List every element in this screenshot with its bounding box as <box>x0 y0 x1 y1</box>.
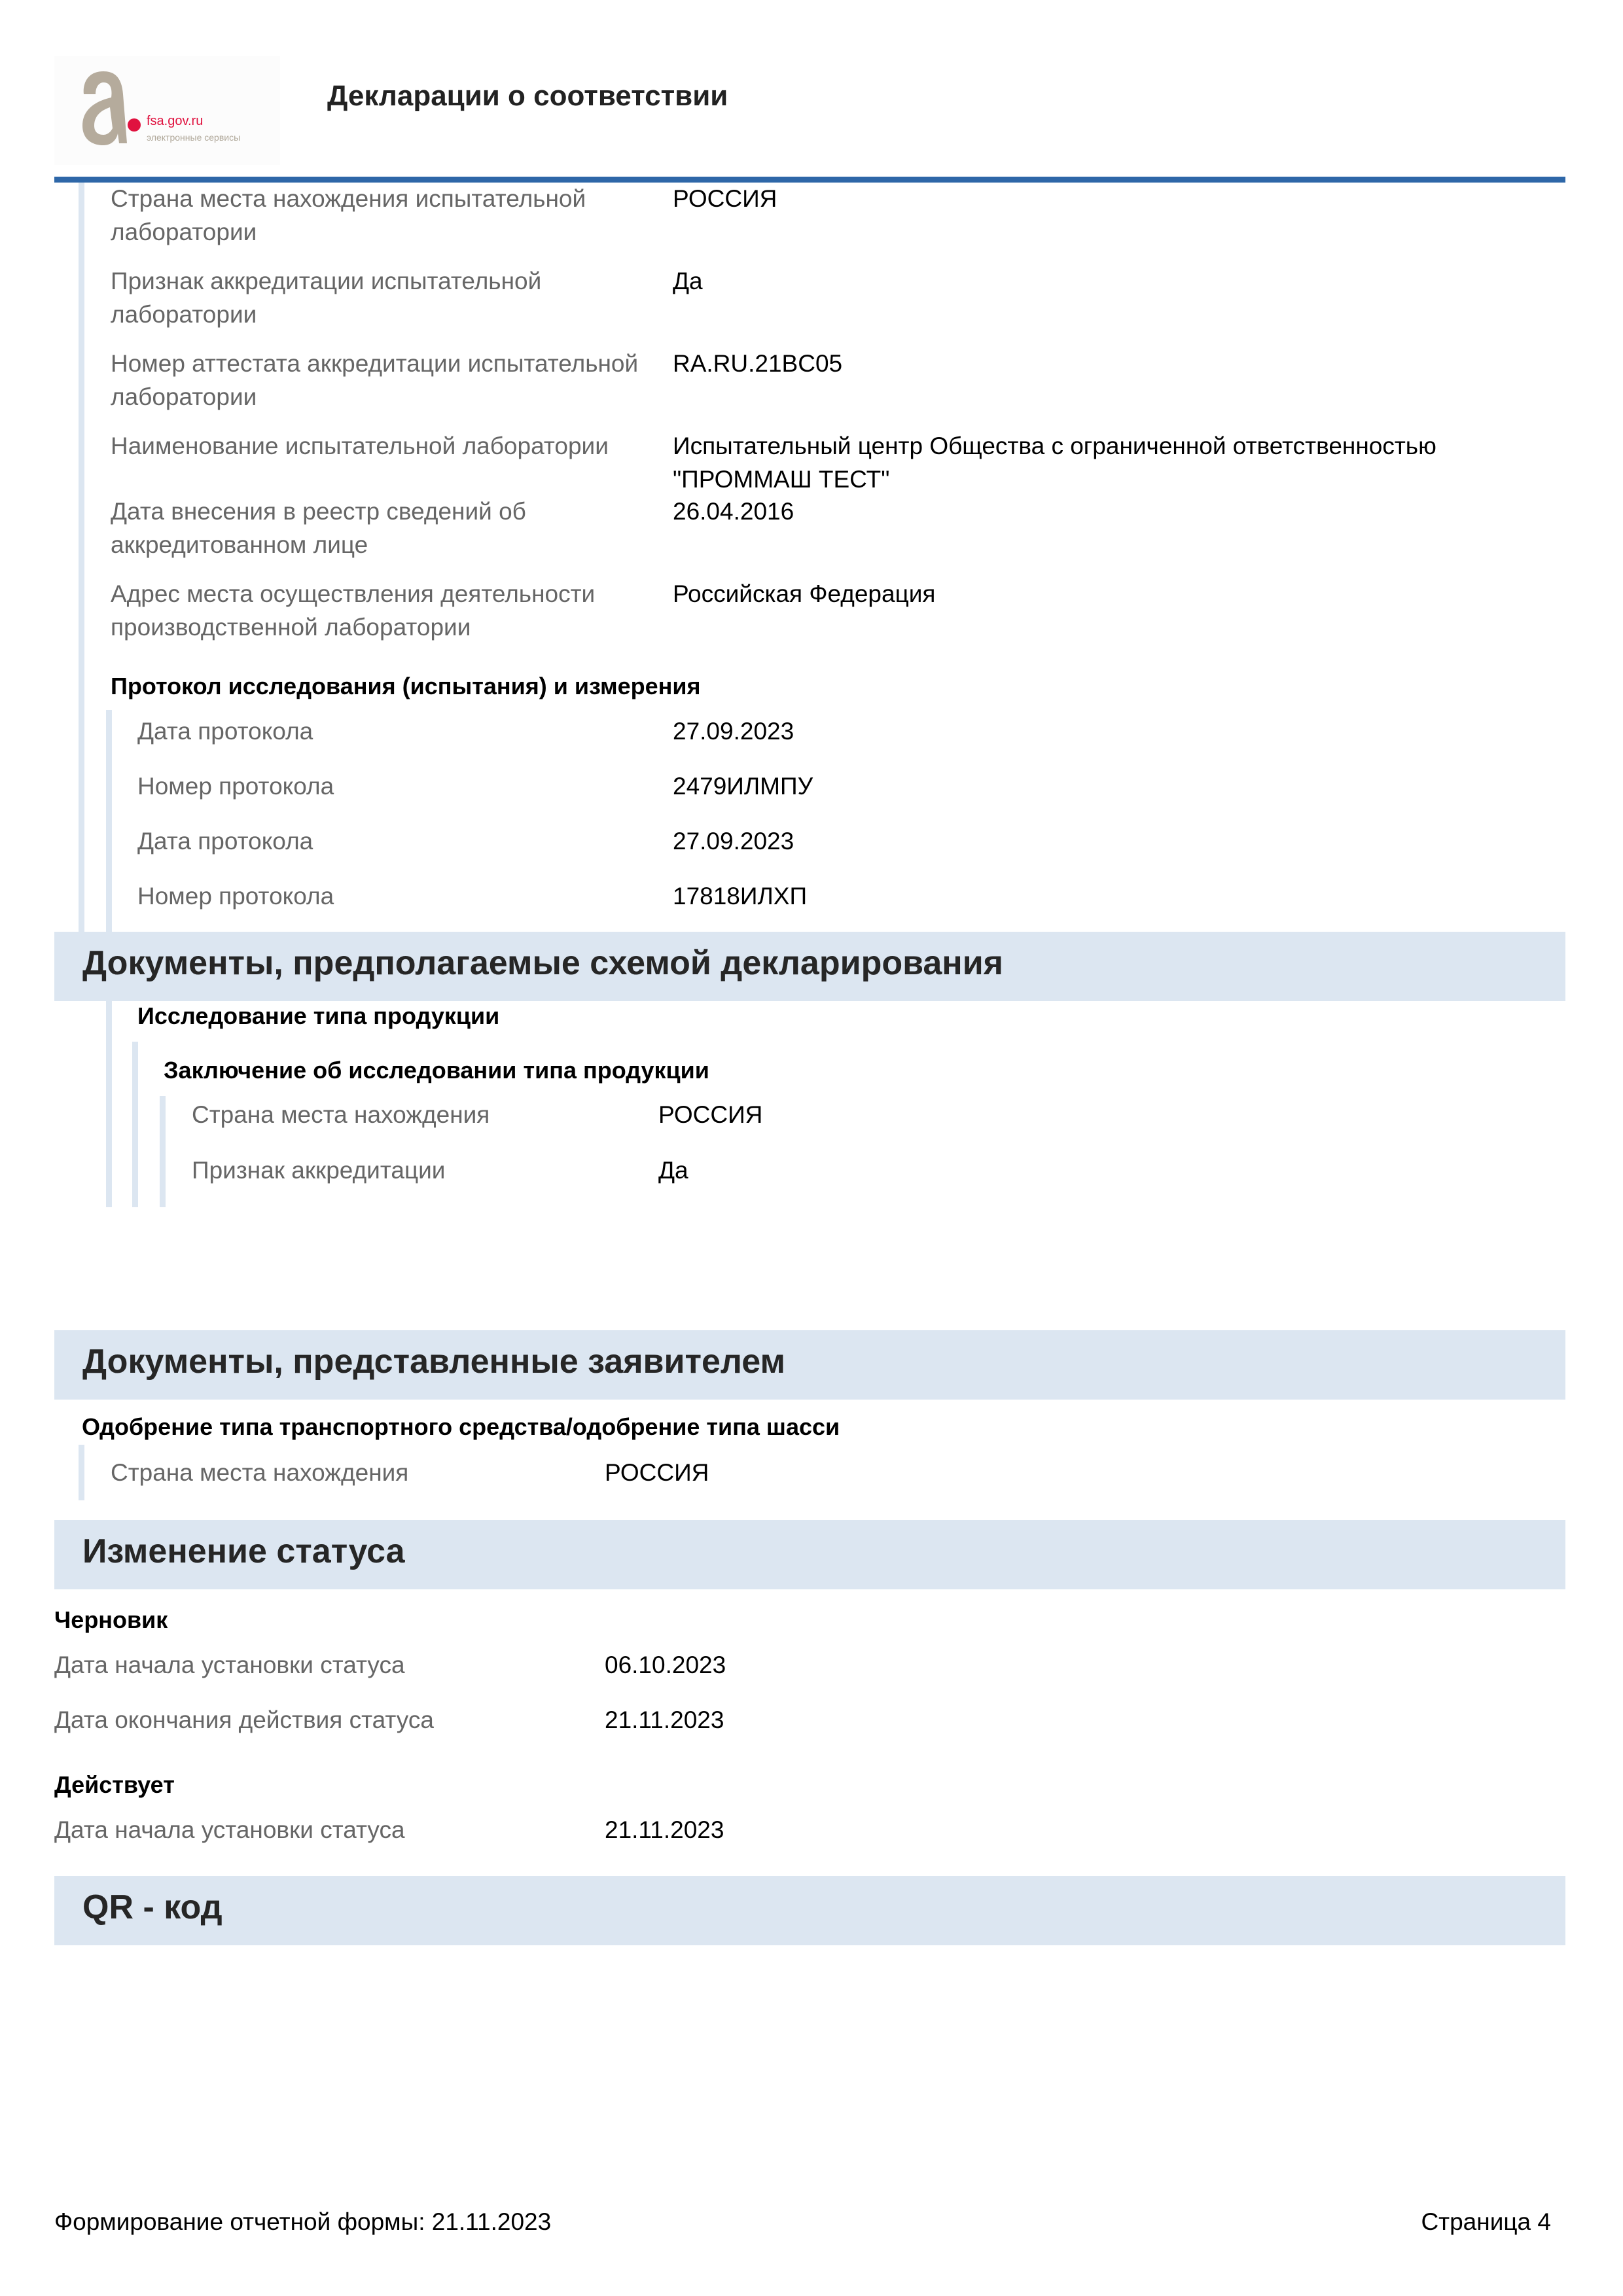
section-header-applicant-docs: Документы, представленные заявителем <box>54 1330 1565 1400</box>
field-value: РОССИЯ <box>658 1098 762 1131</box>
field-value: 26.04.2016 <box>673 495 794 528</box>
field-value: Да <box>673 264 703 298</box>
field-value: Российская Федерация <box>673 577 935 610</box>
field-label: Страна места нахождения <box>111 1456 408 1489</box>
section-title: Документы, представленные заявителем <box>82 1342 785 1381</box>
section-header-scheme-docs: Документы, предполагаемые схемой деклари… <box>54 932 1565 1001</box>
field-label: Номер аттестата аккредитации испытательн… <box>111 347 673 414</box>
field-label: Дата протокола <box>137 715 313 748</box>
field-value: RA.RU.21BC05 <box>673 347 842 380</box>
subgroup-border <box>132 1042 138 1207</box>
field-label: Дата начала установки статуса <box>54 1813 405 1846</box>
logo-site-text: fsa.gov.ru <box>147 114 203 129</box>
field-label: Дата начала установки статуса <box>54 1648 405 1682</box>
field-label: Страна места нахождения <box>192 1098 490 1131</box>
report-generated-date: Формирование отчетной формы: 21.11.2023 <box>54 2208 551 2236</box>
field-value: 27.09.2023 <box>673 824 794 858</box>
fsa-a-logo-icon <box>77 68 130 147</box>
field-value: 21.11.2023 <box>605 1703 724 1737</box>
field-label: Номер протокола <box>137 879 334 913</box>
page-number: Страница 4 <box>1421 2208 1551 2236</box>
field-value: 21.11.2023 <box>605 1813 724 1846</box>
field-value: 17818ИЛХП <box>673 879 807 913</box>
section-header-status-change: Изменение статуса <box>54 1520 1565 1589</box>
fsa-logo: fsa.gov.ru электронные сервисы <box>54 56 280 165</box>
field-label: Адрес места осуществления деятельности п… <box>111 577 634 644</box>
group-heading: Одобрение типа транспортного средства/од… <box>82 1413 840 1441</box>
subgroup-heading: Заключение об исследовании типа продукци… <box>164 1057 709 1084</box>
section-border <box>79 183 84 932</box>
field-value: РОССИЯ <box>605 1456 709 1489</box>
field-label: Дата внесения в реестр сведений об аккре… <box>111 495 621 561</box>
field-value: 06.10.2023 <box>605 1648 726 1682</box>
field-value: РОССИЯ <box>673 182 777 215</box>
field-label: Страна места нахождения испытательной ла… <box>111 182 660 249</box>
group-border <box>79 1445 84 1500</box>
section-title: Документы, предполагаемые схемой деклари… <box>82 944 1003 983</box>
field-label: Дата окончания действия статуса <box>54 1703 434 1737</box>
field-label: Дата протокола <box>137 824 313 858</box>
field-value: Испытательный центр Общества с ограничен… <box>673 429 1524 496</box>
section-title: Изменение статуса <box>82 1532 405 1571</box>
rows-border <box>160 1096 166 1207</box>
status-name: Черновик <box>54 1606 168 1634</box>
section-title: QR - код <box>82 1888 223 1927</box>
field-value: Да <box>658 1154 688 1187</box>
logo-subtitle: электронные сервисы <box>147 132 240 143</box>
section-header-qr: QR - код <box>54 1876 1565 1945</box>
group-border <box>106 1001 112 1207</box>
field-value: 27.09.2023 <box>673 715 794 748</box>
field-label: Признак аккредитации испытательной лабор… <box>111 264 647 331</box>
field-label: Признак аккредитации <box>192 1154 445 1187</box>
logo-dot-icon <box>128 118 141 132</box>
field-value: 2479ИЛМПУ <box>673 769 813 803</box>
group-heading: Исследование типа продукции <box>137 1002 499 1030</box>
protocol-border <box>106 710 112 932</box>
page-title: Декларации о соответствии <box>327 80 728 113</box>
protocol-heading: Протокол исследования (испытания) и изме… <box>111 673 701 700</box>
field-label: Наименование испытательной лаборатории <box>111 429 673 463</box>
field-label: Номер протокола <box>137 769 334 803</box>
status-name: Действует <box>54 1771 175 1799</box>
